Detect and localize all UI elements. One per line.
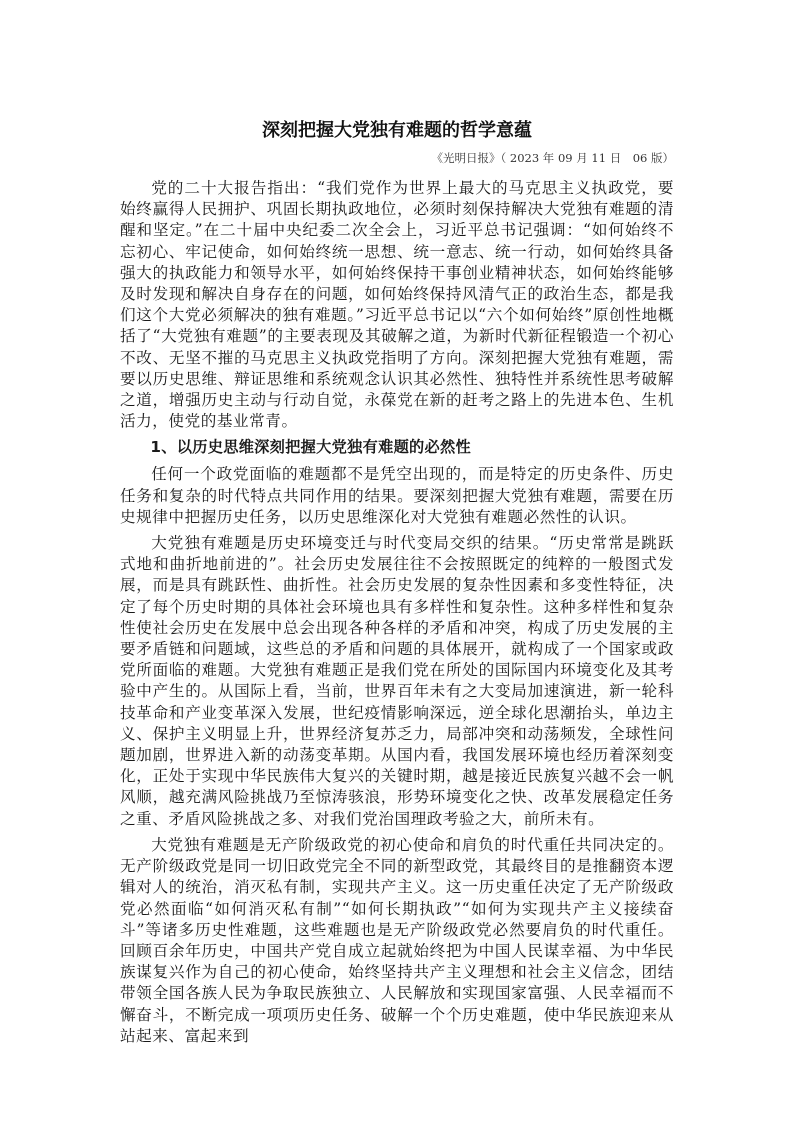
section-paragraph: 大党独有难题是历史环境变迁与时代变局交织的结果。“历史常常是跳跃式地和曲折地前进… xyxy=(120,533,674,830)
section-paragraph: 大党独有难题是无产阶级政党的初心使命和肩负的时代重任共同决定的。无产阶级政党是同… xyxy=(120,835,674,1047)
article-source: 《光明日报》（ 2023 年 09 月 11 日 06 版） xyxy=(431,150,674,166)
article-body: 党的二十大报告指出：“我们党作为世界上最大的马克思主义执政党，要始终赢得人民拥护… xyxy=(120,178,674,1052)
intro-paragraph: 党的二十大报告指出：“我们党作为世界上最大的马克思主义执政党，要始终赢得人民拥护… xyxy=(120,178,674,432)
section-heading: 1、以历史思维深刻把握大党独有难题的必然性 xyxy=(120,437,674,458)
article-title: 深刻把握大党独有难题的哲学意蕴 xyxy=(120,116,674,142)
section-paragraph: 任何一个政党面临的难题都不是凭空出现的，而是特定的历史条件、历史任务和复杂的时代… xyxy=(120,464,674,528)
